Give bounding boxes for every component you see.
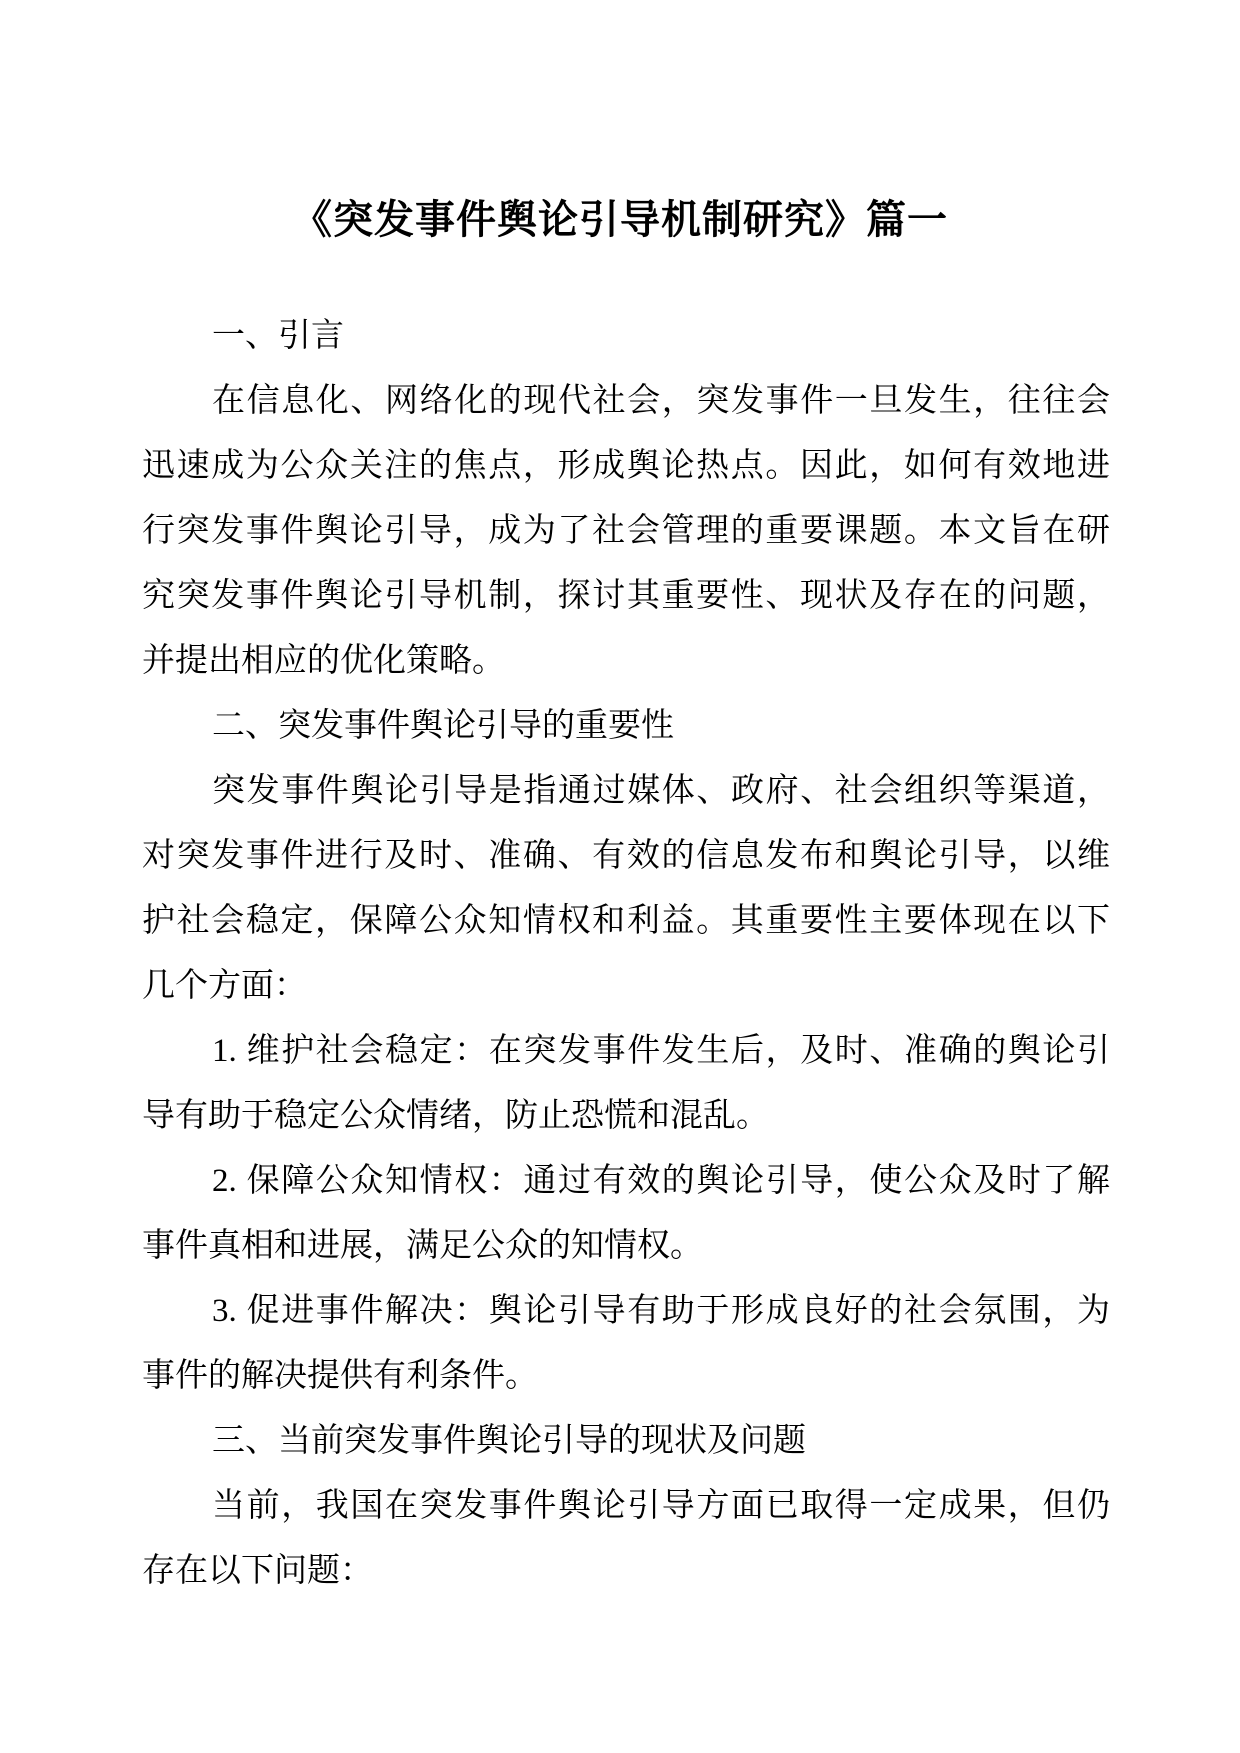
text-line: 几个方面： (142, 954, 1110, 1019)
text-line: 存在以下问题： (142, 1539, 1110, 1604)
text-line: 事件的解决提供有利条件。 (142, 1344, 1110, 1409)
text-line: 导有助于稳定公众情绪，防止恐慌和混乱。 (142, 1084, 1110, 1149)
document-title: 《突发事件舆论引导机制研究》篇一 (0, 0, 1240, 252)
list-item-line-2: 2. 保障公众知情权：通过有效的舆论引导，使公众及时了解 (142, 1149, 1110, 1214)
text-line: 当前，我国在突发事件舆论引导方面已取得一定成果，但仍 (142, 1474, 1110, 1539)
document-page: 《突发事件舆论引导机制研究》篇一 一、引言 在信息化、网络化的现代社会，突发事件… (0, 0, 1240, 1753)
text-line: 事件真相和进展，满足公众的知情权。 (142, 1214, 1110, 1279)
text-line: 护社会稳定，保障公众知情权和利益。其重要性主要体现在以下 (142, 889, 1110, 954)
heading-line-intro: 一、引言 (142, 304, 1110, 369)
text-line: 突发事件舆论引导是指通过媒体、政府、社会组织等渠道， (142, 759, 1110, 824)
text-line: 对突发事件进行及时、准确、有效的信息发布和舆论引导，以维 (142, 824, 1110, 889)
heading-line-importance: 二、突发事件舆论引导的重要性 (142, 694, 1110, 759)
text-line: 并提出相应的优化策略。 (142, 629, 1110, 694)
text-line: 在信息化、网络化的现代社会，突发事件一旦发生，往往会 (142, 369, 1110, 434)
text-line: 究突发事件舆论引导机制，探讨其重要性、现状及存在的问题， (142, 564, 1110, 629)
list-item-line-3: 3. 促进事件解决：舆论引导有助于形成良好的社会氛围，为 (142, 1279, 1110, 1344)
document-body: 一、引言 在信息化、网络化的现代社会，突发事件一旦发生，往往会 迅速成为公众关注… (0, 304, 1240, 1604)
heading-line-status: 三、当前突发事件舆论引导的现状及问题 (142, 1409, 1110, 1474)
text-line: 迅速成为公众关注的焦点，形成舆论热点。因此，如何有效地进 (142, 434, 1110, 499)
list-item-line-1: 1. 维护社会稳定：在突发事件发生后，及时、准确的舆论引 (142, 1019, 1110, 1084)
text-line: 行突发事件舆论引导，成为了社会管理的重要课题。本文旨在研 (142, 499, 1110, 564)
